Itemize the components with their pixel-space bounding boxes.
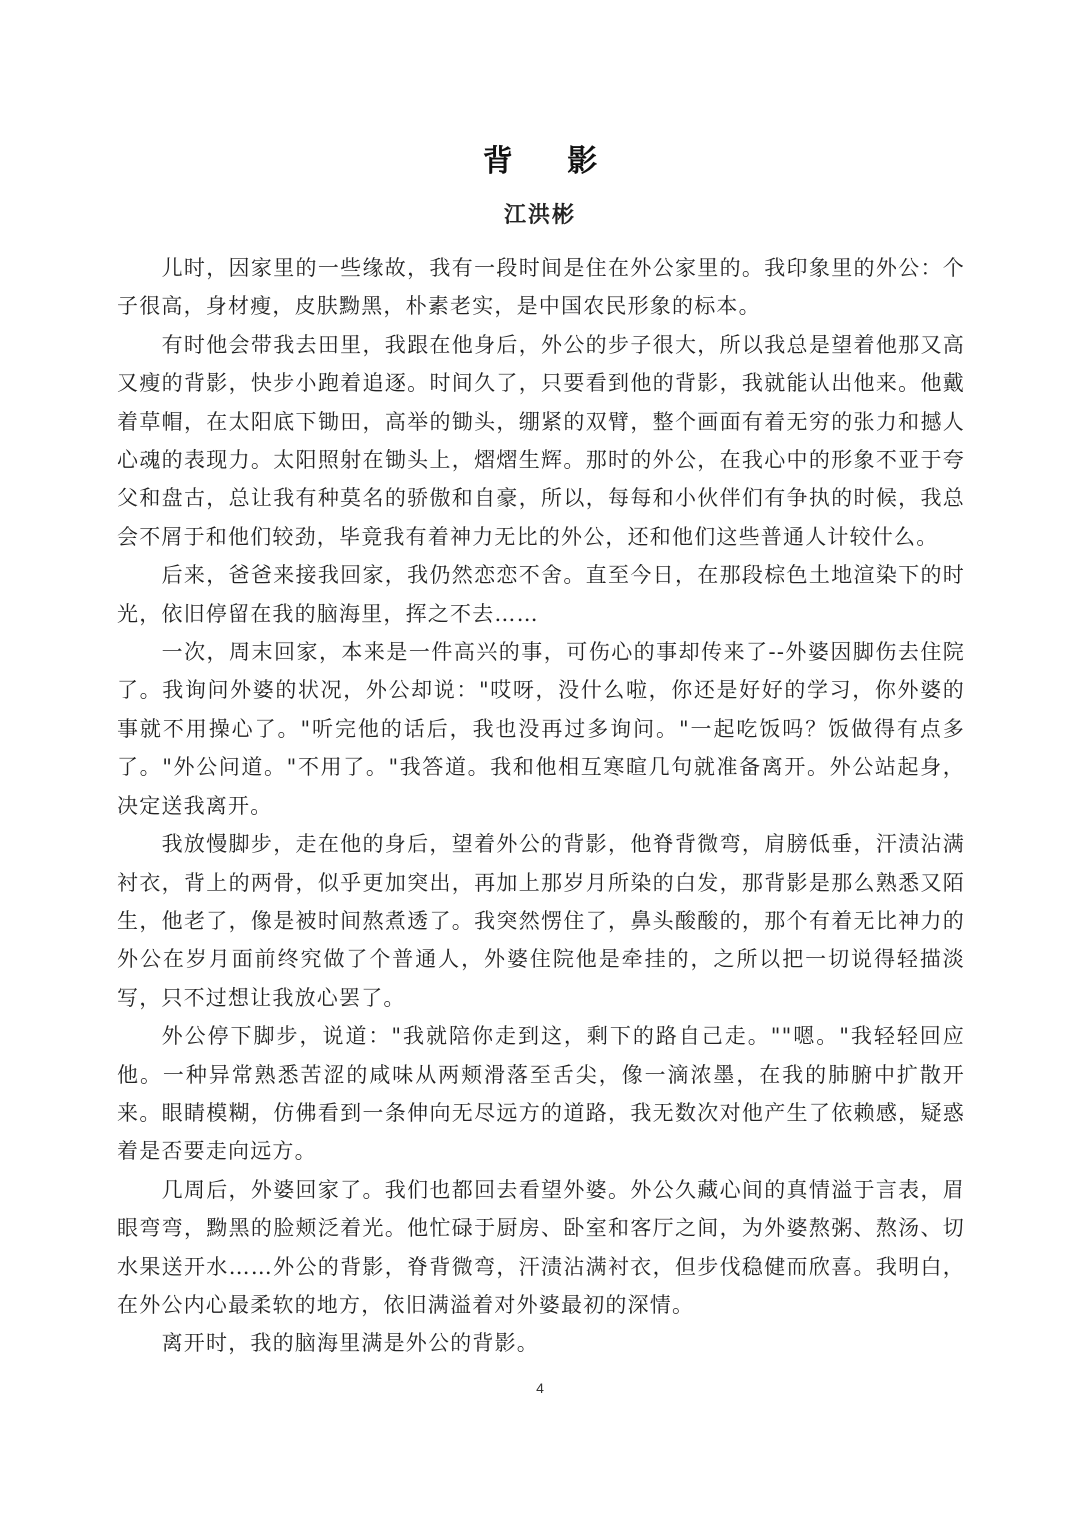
paragraph: 几周后，外婆回家了。我们也都回去看望外婆。外公久藏心间的真情溢于言表，眉眼弯弯，… bbox=[117, 1171, 965, 1325]
page-number: 4 bbox=[0, 1380, 1080, 1396]
paragraph: 离开时，我的脑海里满是外公的背影。 bbox=[117, 1324, 965, 1362]
article-author: 江洪彬 bbox=[0, 198, 1080, 229]
article-title: 背 影 bbox=[0, 136, 1080, 180]
paragraph: 后来，爸爸来接我回家，我仍然恋恋不舍。直至今日，在那段棕色土地渲染下的时光，依旧… bbox=[117, 556, 965, 633]
paragraph: 儿时，因家里的一些缘故，我有一段时间是住在外公家里的。我印象里的外公：个子很高，… bbox=[117, 249, 965, 326]
paragraph: 外公停下脚步，说道："我就陪你走到这，剩下的路自己走。""嗯。"我轻轻回应他。一… bbox=[117, 1017, 965, 1171]
paragraph: 一次，周末回家，本来是一件高兴的事，可伤心的事却传来了--外婆因脚伤去住院了。我… bbox=[117, 633, 965, 825]
article-body: 儿时，因家里的一些缘故，我有一段时间是住在外公家里的。我印象里的外公：个子很高，… bbox=[117, 249, 965, 1363]
paragraph: 我放慢脚步，走在他的身后，望着外公的背影，他脊背微弯，肩膀低垂，汗渍沾满衬衣，背… bbox=[117, 825, 965, 1017]
document-page: 背 影 江洪彬 儿时，因家里的一些缘故，我有一段时间是住在外公家里的。我印象里的… bbox=[0, 0, 1080, 1528]
paragraph: 有时他会带我去田里，我跟在他身后，外公的步子很大，所以我总是望着他那又高又瘦的背… bbox=[117, 326, 965, 556]
